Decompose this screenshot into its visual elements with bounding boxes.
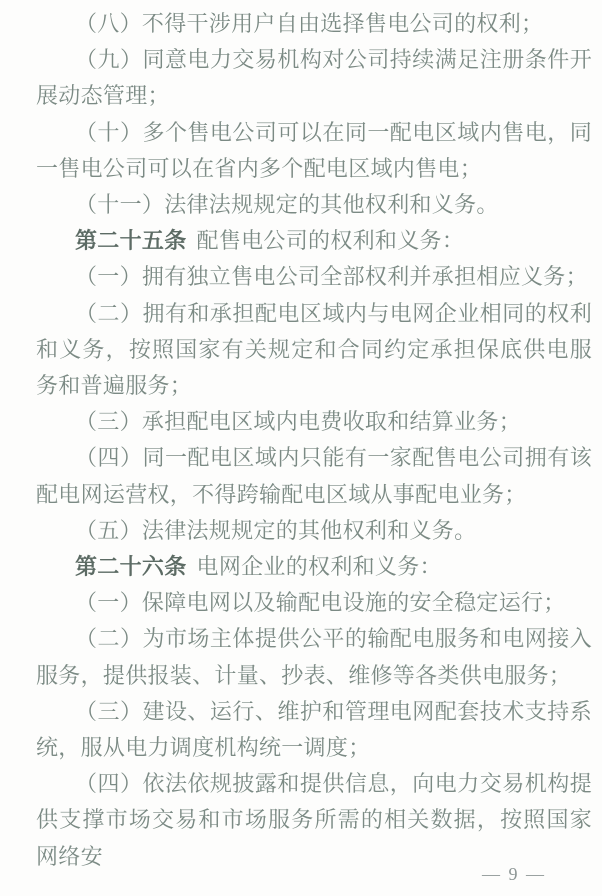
- paragraph-text: （三）建设、运行、维护和管理电网配套技术支持系统，服从电力调度机构统一调度；: [36, 699, 592, 760]
- paragraph: （三）建设、运行、维护和管理电网配套技术支持系统，服从电力调度机构统一调度；: [36, 694, 592, 766]
- paragraph-text: （一）拥有独立售电公司全部权利并承担相应义务；: [75, 264, 588, 289]
- document-page: （八）不得干涉用户自由选择售电公司的权利； （九）同意电力交易机构对公司持续满足…: [0, 0, 602, 896]
- paragraph: （十一）法律法规规定的其他权利和义务。: [36, 187, 592, 223]
- paragraph-text: （一）保障电网以及输配电设施的安全稳定运行；: [75, 590, 566, 615]
- paragraph-text: （四）同一配电区域内只能有一家配售电公司拥有该配电网运营权，不得跨输配电区域从事…: [36, 445, 592, 506]
- paragraph-text: （九）同意电力交易机构对公司持续满足注册条件开展动态管理；: [36, 47, 592, 108]
- paragraph-text: （三）承担配电区域内电费收取和结算业务；: [75, 409, 521, 434]
- paragraph: （九）同意电力交易机构对公司持续满足注册条件开展动态管理；: [36, 42, 592, 114]
- paragraph: （十）多个售电公司可以在同一配电区域内售电，同一售电公司可以在省内多个配电区域内…: [36, 115, 592, 187]
- paragraph-article-25: 第二十五条配售电公司的权利和义务：: [36, 223, 592, 259]
- paragraph-text: （二）拥有和承担配电区域内与电网企业相同的权利和义务，按照国家有关规定和合同约定…: [36, 301, 592, 398]
- paragraph-text: （十）多个售电公司可以在同一配电区域内售电，同一售电公司可以在省内多个配电区域内…: [36, 120, 592, 181]
- paragraph-text: （二）为市场主体提供公平的输配电服务和电网接入服务，提供报装、计量、抄表、维修等…: [36, 626, 592, 687]
- paragraph: （五）法律法规规定的其他权利和义务。: [36, 513, 592, 549]
- paragraph: （三）承担配电区域内电费收取和结算业务；: [36, 404, 592, 440]
- paragraph: （一）拥有独立售电公司全部权利并承担相应义务；: [36, 259, 592, 295]
- paragraph-text: （五）法律法规规定的其他权利和义务。: [75, 518, 476, 543]
- paragraph-text: 配售电公司的权利和义务：: [197, 228, 465, 253]
- article-number-bold: 第二十六条: [75, 554, 187, 579]
- paragraph: （八）不得干涉用户自由选择售电公司的权利；: [36, 6, 592, 42]
- paragraph: （二）为市场主体提供公平的输配电服务和电网接入服务，提供报装、计量、抄表、维修等…: [36, 621, 592, 693]
- paragraph-text: （八）不得干涉用户自由选择售电公司的权利；: [75, 11, 543, 36]
- paragraph: （四）依法依规披露和提供信息，向电力交易机构提供支撑市场交易和市场服务所需的相关…: [36, 766, 592, 875]
- document-text-block: （八）不得干涉用户自由选择售电公司的权利； （九）同意电力交易机构对公司持续满足…: [36, 6, 592, 875]
- paragraph-text: 电网企业的权利和义务：: [197, 554, 442, 579]
- paragraph-text: （四）依法依规披露和提供信息，向电力交易机构提供支撑市场交易和市场服务所需的相关…: [36, 771, 592, 868]
- page-number: — 9 —: [482, 864, 546, 884]
- paragraph-text: （十一）法律法规规定的其他权利和义务。: [75, 192, 499, 217]
- paragraph: （一）保障电网以及输配电设施的安全稳定运行；: [36, 585, 592, 621]
- paragraph: （二）拥有和承担配电区域内与电网企业相同的权利和义务，按照国家有关规定和合同约定…: [36, 296, 592, 405]
- paragraph-article-26: 第二十六条电网企业的权利和义务：: [36, 549, 592, 585]
- article-number-bold: 第二十五条: [75, 228, 187, 253]
- paragraph: （四）同一配电区域内只能有一家配售电公司拥有该配电网运营权，不得跨输配电区域从事…: [36, 440, 592, 512]
